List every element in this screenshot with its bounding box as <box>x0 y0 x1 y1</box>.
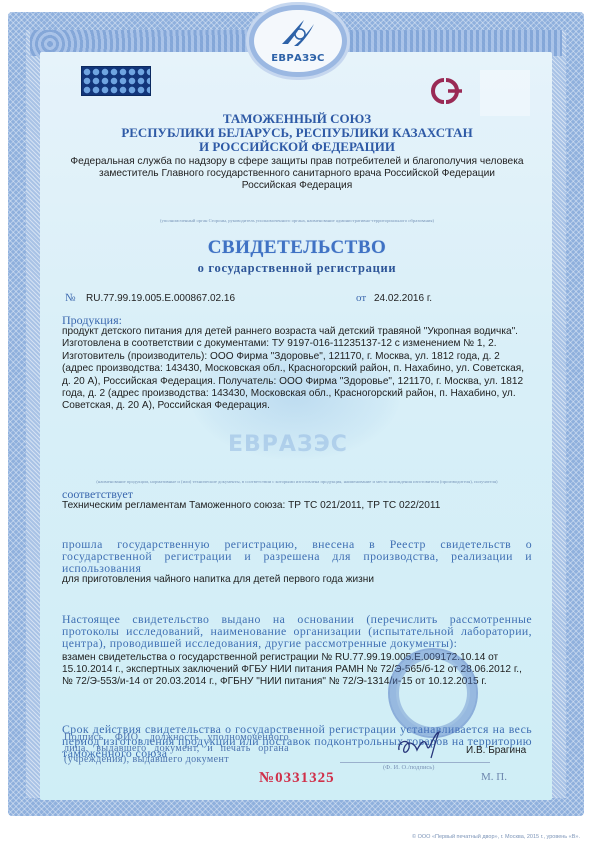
signatory-name: И.В. Брагина <box>466 745 526 756</box>
registration-statement: прошла государственную регистрацию, внес… <box>62 538 532 574</box>
authority-caption: (уполномоченный орган Стороны, руководит… <box>62 218 532 223</box>
sanitary-epidemiological-mark-icon <box>424 76 466 106</box>
eurasec-emblem: ЕВРАЗЭС <box>254 10 342 72</box>
seal-label: М. П. <box>481 771 507 783</box>
registration-row: № RU.77.99.19.005.E.000867.02.16 от 24.0… <box>62 292 532 308</box>
date-label: от <box>356 292 366 304</box>
union-line-1: ТАМОЖЕННЫЙ СОЮЗ <box>62 112 532 126</box>
signature-label: Подпись, ФИО, должность уполномоченного … <box>64 732 289 765</box>
usage-text: для приготовления чайного напитка для де… <box>62 574 532 586</box>
eurasec-emblem-icon <box>280 18 316 48</box>
authority-line-1: Федеральная служба по надзору в сфере за… <box>52 156 542 168</box>
conformity-label: соответствует <box>62 488 532 500</box>
signature-caption: (Ф. И. О./подпись) <box>383 764 434 771</box>
certificate-subtitle: о государственной регистрации <box>62 261 532 276</box>
conformity-text: Техническим регламентам Таможенного союз… <box>62 500 532 512</box>
blank-field <box>480 70 530 116</box>
basis-label: Настоящее свидетельство выдано на основа… <box>62 613 532 649</box>
signature-line <box>340 762 490 763</box>
union-line-3: И РОССИЙСКОЙ ФЕДЕРАЦИИ <box>62 140 532 154</box>
hologram-sticker <box>81 66 151 96</box>
product-label: Продукция: <box>62 314 532 326</box>
issuing-authority: Федеральная служба по надзору в сфере за… <box>62 156 532 192</box>
registration-date: 24.02.2016 г. <box>374 293 432 304</box>
printer-note: © ООО «Первый печатный двор», г. Москва,… <box>412 834 580 840</box>
union-title: ТАМОЖЕННЫЙ СОЮЗ РЕСПУБЛИКИ БЕЛАРУСЬ, РЕС… <box>62 112 532 154</box>
product-description: продукт детского питания для детей ранне… <box>62 326 532 413</box>
union-line-2: РЕСПУБЛИКИ БЕЛАРУСЬ, РЕСПУБЛИКИ КАЗАХСТА… <box>62 126 532 140</box>
signature-icon <box>395 730 450 760</box>
emblem-label: ЕВРАЗЭС <box>271 53 324 64</box>
product-caption: (наименование продукции, нормативные и (… <box>62 479 532 484</box>
form-number: №0331325 <box>259 770 335 787</box>
registration-number: RU.77.99.19.005.E.000867.02.16 <box>86 293 235 304</box>
certificate-title: СВИДЕТЕЛЬСТВО <box>62 237 532 259</box>
official-seal <box>388 648 478 738</box>
number-label: № <box>65 292 76 304</box>
authority-line-3: Российская Федерация <box>62 180 532 192</box>
authority-line-2: заместитель Главного государственного са… <box>62 168 532 180</box>
